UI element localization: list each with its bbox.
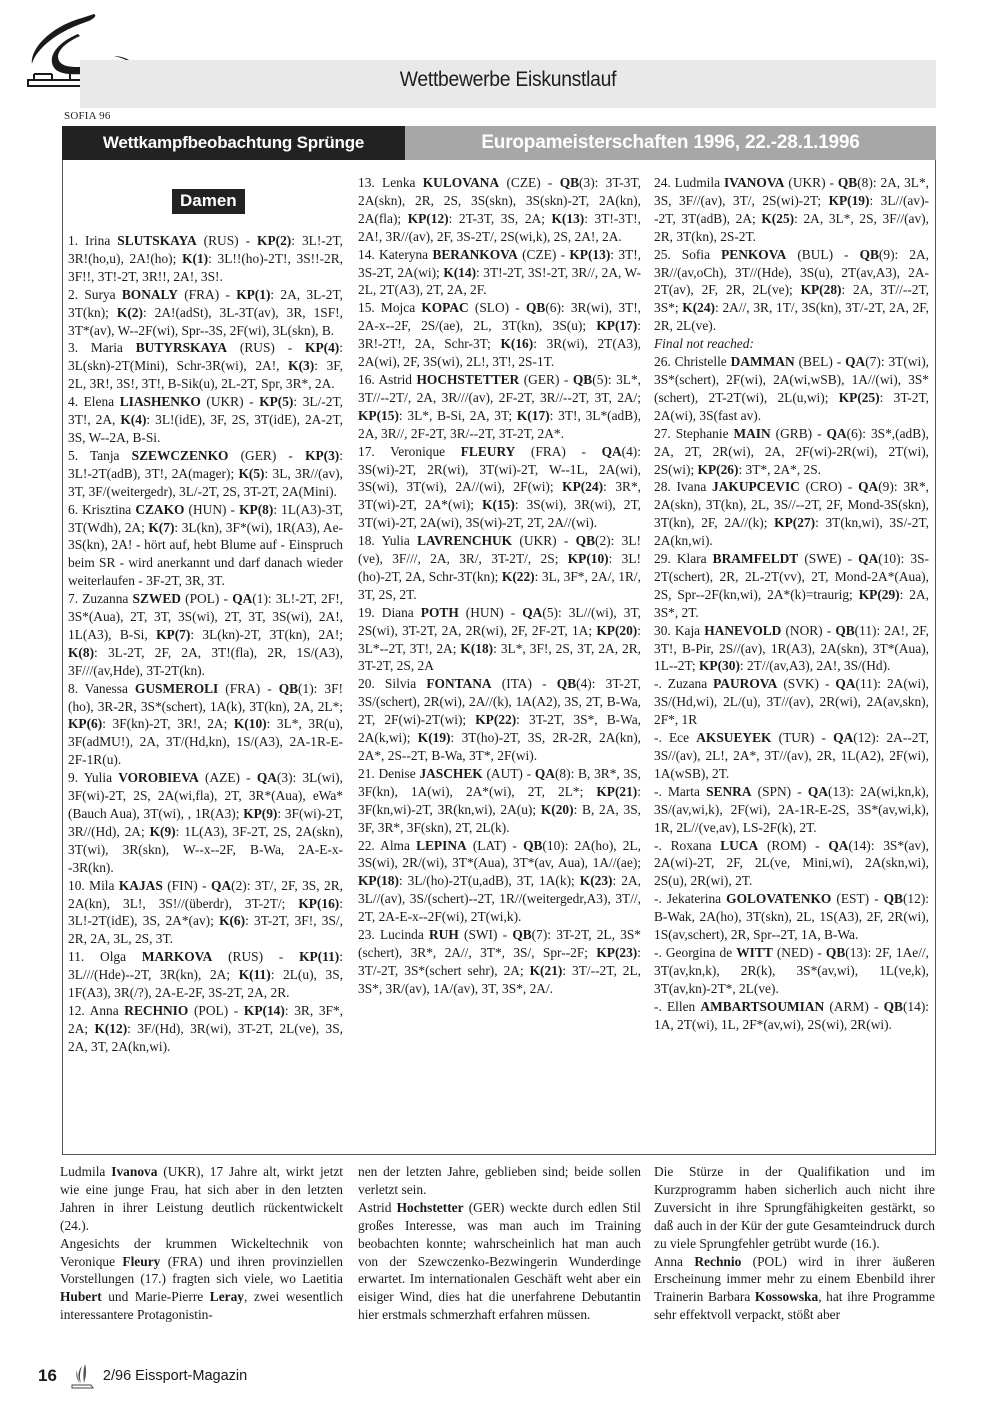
skater-name: RUH [429,927,459,942]
skater-name: IVANOVA [724,175,785,190]
skater-entry: 28. Ivana JAKUPCEVIC (CRO) - QA(9): 3R*,… [654,478,929,550]
skater-entry: -. Zuzana PAUROVA (SVK) - QA(11): 2A(wi)… [654,675,929,729]
skater-entry: -. Marta SENRA (SPN) - QA(13): 2A(wi,kn,… [654,783,929,837]
skater-name: AMBARTSOUMIAN [700,999,824,1014]
skater-entry: 4. Elena LIASHENKO (UKR) - KP(5): 3L/-2T… [68,393,343,447]
skater-name: LEPINA [416,838,467,853]
skater-name: JAKUPCEVIC [712,479,800,494]
skater-entry: 26. Christelle DAMMAN (BEL) - QA(7): 3T(… [654,353,929,425]
page-number: 16 [38,1366,57,1386]
skater-name: FONTANA [426,676,491,691]
results-column-2: 13. Lenka KULOVANA (CZE) - QB(3): 3T-3T,… [358,174,641,998]
skater-name: HANEVOLD [704,623,781,638]
commentary-paragraph: nen der letzten Jahre, geblieben sind; b… [358,1163,641,1199]
skater-entry: 14. Kateryna BERANKOVA (CZE) - KP(13): 3… [358,246,641,300]
skater-entry: 20. Silvia FONTANA (ITA) - QB(4): 3T-2T,… [358,675,641,765]
skater-name: CZAKO [135,502,184,517]
section-bar: Wettkampfbeobachtung Sprünge Europameist… [62,126,936,160]
skater-entry: -. Georgina de WITT (NED) - QB(13): 2F, … [654,944,929,998]
skater-name: PENKOVA [721,247,786,262]
skater-entry: 11. Olga MARKOVA (RUS) - KP(11): 3L///(H… [68,948,343,1002]
skater-entry: 29. Klara BRAMFELDT (SWE) - QA(10): 3S-2… [654,550,929,622]
results-column-3: 24. Ludmila IVANOVA (UKR) - QB(8): 2A, 3… [654,174,929,1034]
skater-name: SZWED [133,591,181,606]
skater-name: FLEURY [461,444,516,459]
skater-name: PAUROVA [713,676,777,691]
skater-entry: 13. Lenka KULOVANA (CZE) - QB(3): 3T-3T,… [358,174,641,246]
skater-entry: 10. Mila KAJAS (FIN) - QA(2): 3T/, 2F, 3… [68,877,343,949]
skater-name: KOPAC [421,300,468,315]
skater-name: BUTYRSKAYA [136,340,227,355]
skater-name: RECHNIO [124,1003,188,1018]
commentary-paragraph: Angesichts der krummen Wickeltechnik von… [60,1235,343,1325]
skater-name: BONALY [122,287,178,302]
skater-name: LAVRENCHUK [417,533,512,548]
skater-entry: 16. Astrid HOCHSTETTER (GER) - QB(5): 3L… [358,371,641,443]
skater-entry: 2. Surya BONALY (FRA) - KP(1): 2A, 3L-2T… [68,286,343,340]
event-title: Europameisterschaften 1996, 22.-28.1.199… [405,126,936,160]
skater-name: BRAMFELDT [713,551,799,566]
skater-entry: 30. Kaja HANEVOLD (NOR) - QB(11): 2A!, 2… [654,622,929,676]
skater-entry: 1. Irina SLUTSKAYA (RUS) - KP(2): 3L!-2T… [68,232,343,286]
skater-name: LUCA [720,838,758,853]
commentary-column-3: Die Stürze in der Qualifikation und im K… [654,1163,935,1324]
skater-name: POTH [421,605,459,620]
logo-caption: SOFIA 96 [64,110,111,122]
skater-entry: 7. Zuzanna SZWED (POL) - QA(1): 3L!-2T, … [68,590,343,680]
section-title: Wettkampfbeobachtung Sprünge [62,126,405,160]
skater-entry: -. Ellen AMBARTSOUMIAN (ARM) - QB(14): 1… [654,998,929,1034]
skater-entry: 3. Maria BUTYRSKAYA (RUS) - KP(4): 3L(sk… [68,339,343,393]
skater-name: JASCHEK [419,766,482,781]
skater-entry: 25. Sofia PENKOVA (BUL) - QB(9): 2A, 3R/… [654,246,929,336]
skater-entry: -. Ece AKSUEYEK (TUR) - QA(12): 2A--2T, … [654,729,929,783]
results-column-1: 1. Irina SLUTSKAYA (RUS) - KP(2): 3L!-2T… [68,232,343,1056]
skater-name: KAJAS [119,878,163,893]
commentary-column-2: nen der letzten Jahre, geblieben sind; b… [358,1163,641,1324]
commentary-paragraph: Ludmila Ivanova (UKR), 17 Jahre alt, wir… [60,1163,343,1235]
skate-wing-icon [69,1362,95,1390]
final-not-reached-label: Final not reached: [654,335,929,353]
category-label: Damen [172,189,245,214]
skater-name: SZEWCZENKO [132,448,229,463]
skater-entry: 19. Diana POTH (HUN) - QA(5): 3L//(wi), … [358,604,641,676]
header-band: Wettbewerbe Eiskunstlauf [80,60,936,108]
skater-name: MAIN [734,426,771,441]
skater-name: SENRA [706,784,751,799]
skater-entry: 5. Tanja SZEWCZENKO (GER) - KP(3): 3L!-2… [68,447,343,501]
skater-name: VOROBIEVA [118,770,199,785]
skater-entry: 12. Anna RECHNIO (POL) - KP(14): 3R, 3F*… [68,1002,343,1056]
skater-entry: 24. Ludmila IVANOVA (UKR) - QB(8): 2A, 3… [654,174,929,246]
skater-name: AKSUEYEK [696,730,771,745]
skater-name: WITT [736,945,772,960]
commentary-paragraph: Die Stürze in der Qualifikation und im K… [654,1163,935,1253]
skater-name: MARKOVA [142,949,212,964]
skater-entry: 9. Yulia VOROBIEVA (AZE) - QA(3): 3L(wi)… [68,769,343,876]
skater-name: KULOVANA [423,175,499,190]
skater-entry: 21. Denise JASCHEK (AUT) - QA(8): B, 3R*… [358,765,641,837]
skater-entry: 27. Stephanie MAIN (GRB) - QA(6): 3S*,(a… [654,425,929,479]
skater-entry: -. Jekaterina GOLOVATENKO (EST) - QB(12)… [654,890,929,944]
publication-name: 2/96 Eissport-Magazin [103,1368,247,1384]
category-label-wrap: Damen [172,189,245,214]
skater-name: SLUTSKAYA [117,233,196,248]
page-footer: 16 2/96 Eissport-Magazin [38,1362,247,1390]
skater-name: GOLOVATENKO [726,891,831,906]
skater-entry: 17. Veronique FLEURY (FRA) - QA(4): 3S(w… [358,443,641,533]
skater-entry: -. Roxana LUCA (ROM) - QA(14): 3S*(av), … [654,837,929,891]
skater-name: HOCHSTETTER [417,372,520,387]
skater-entry: 22. Alma LEPINA (LAT) - QB(10): 2A(ho), … [358,837,641,927]
skater-entry: 23. Lucinda RUH (SWI) - QB(7): 3T-2T, 2L… [358,926,641,998]
skater-entry: 18. Yulia LAVRENCHUK (UKR) - QB(2): 3L!(… [358,532,641,604]
commentary-paragraph: Astrid Hochstetter (GER) weckte durch ed… [358,1199,641,1324]
skater-entry: 6. Krisztina CZAKO (HUN) - KP(8): 1L(A3)… [68,501,343,591]
skater-entry: 15. Mojca KOPAC (SLO) - QB(6): 3R(wi), 3… [358,299,641,371]
skater-name: LIASHENKO [120,394,201,409]
commentary-paragraph: Anna Rechnio (POL) wird in ihrer äußeren… [654,1253,935,1325]
page-title: Wettbewerbe Eiskunstlauf [114,68,902,92]
commentary-column-1: Ludmila Ivanova (UKR), 17 Jahre alt, wir… [60,1163,343,1324]
skater-name: GUSMEROLI [135,681,218,696]
skater-name: DAMMAN [731,354,795,369]
skater-name: BERANKOVA [432,247,517,262]
skater-entry: 8. Vanessa GUSMEROLI (FRA) - QB(1): 3F!(… [68,680,343,770]
